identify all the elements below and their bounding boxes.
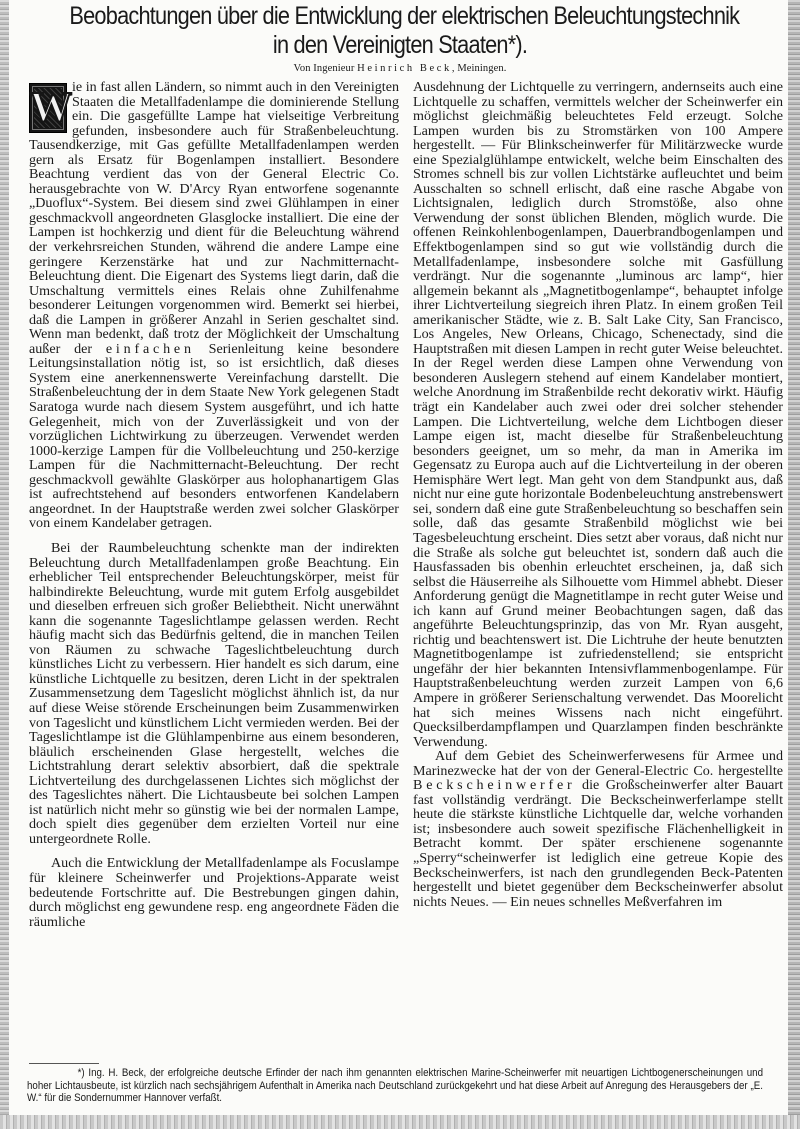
article-title: Beobachtungen über die Entwicklung der e…	[69, 2, 730, 60]
footnote: *) Ing. H. Beck, der erfolgreiche deutsc…	[27, 1067, 763, 1105]
left-paragraph-1: Wie in fast allen Ländern, so nimmt auch…	[29, 80, 399, 531]
byline: Von Ingenieur Heinrich Beck, Meiningen.	[20, 63, 780, 74]
left-paragraph-1-text: ie in fast allen Ländern, so nimmt auch …	[29, 79, 399, 357]
right-column: Ausdehnung der Lichtquelle zu verringern…	[413, 80, 783, 909]
left-paragraph-1-cont: Serienleitung keine besondere Leitungsin…	[29, 341, 399, 532]
footnote-text: *) Ing. H. Beck, der erfolgreiche deutsc…	[27, 1067, 763, 1105]
drop-cap-letter: W	[30, 87, 66, 129]
title-line-2: in den Vereinigten Staaten*).	[273, 31, 527, 59]
left-paragraph-2: Bei der Raumbeleuchtung schenkte man der…	[29, 541, 399, 846]
right-paragraph-2-text: Auf dem Gebiet des Scheinwerferwesens fü…	[413, 748, 783, 779]
left-column: Wie in fast allen Ländern, so nimmt auch…	[29, 80, 399, 929]
article-header: Beobachtungen über die Entwicklung der e…	[20, 2, 780, 74]
title-line-1: Beobachtungen über die Entwicklung der e…	[69, 2, 739, 30]
scan-edge-right	[788, 0, 800, 1129]
scan-edge-left	[0, 0, 9, 1129]
footnote-divider	[29, 1063, 99, 1064]
byline-prefix: Von Ingenieur	[294, 63, 358, 74]
byline-suffix: , Meiningen.	[452, 63, 507, 74]
left-paragraph-3: Auch die Entwicklung der Metallfadenlamp…	[29, 856, 399, 929]
right-paragraph-2-cont: die Großscheinwerfer alter Bauart fast v…	[413, 777, 783, 909]
byline-author: Heinrich Beck	[357, 63, 452, 74]
scan-edge-bottom	[0, 1115, 800, 1129]
right-paragraph-2: Auf dem Gebiet des Scheinwerferwesens fü…	[413, 749, 783, 909]
right-paragraph-1: Ausdehnung der Lichtquelle zu verringern…	[413, 80, 783, 749]
drop-cap-ornament: W	[29, 83, 67, 133]
